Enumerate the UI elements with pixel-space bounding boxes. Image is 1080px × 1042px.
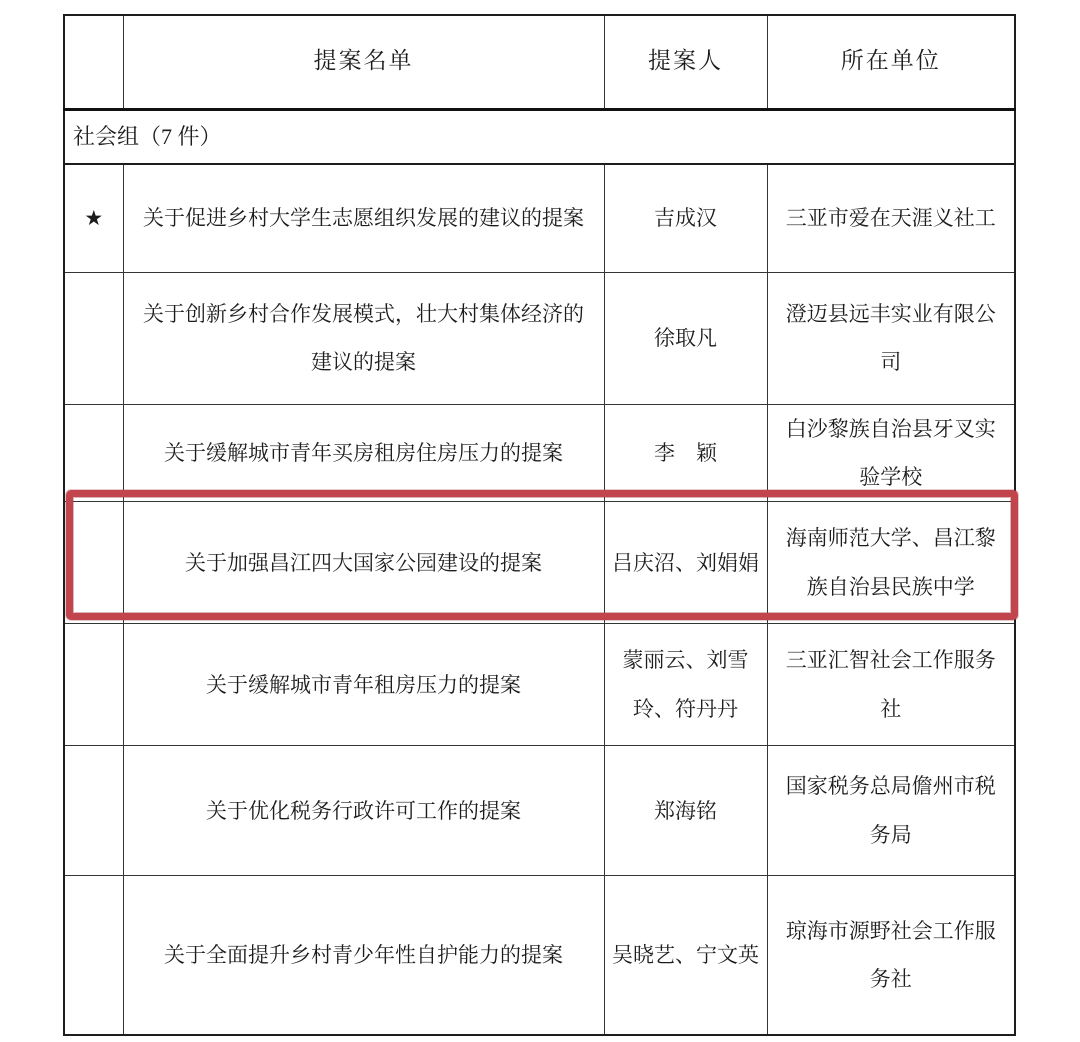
section-label: 社会组（7 件）	[64, 109, 1015, 164]
section-row: 社会组（7 件）	[64, 109, 1015, 164]
proposer-cell: 吴晓艺、宁文英	[604, 876, 767, 1035]
table-row: ★ 关于促进乡村大学生志愿组织发展的建议的提案 吉成汉 三亚市爱在天涯义社工	[64, 164, 1015, 272]
document-page: 提案名单 提案人 所在单位 社会组（7 件） ★ 关于促进乡村大学生志愿组织发展…	[0, 0, 1080, 1042]
proposal-title-cell: 关于促进乡村大学生志愿组织发展的建议的提案	[123, 164, 604, 272]
proposal-title-cell: 关于创新乡村合作发展模式，壮大村集体经济的建议的提案	[123, 272, 604, 404]
table-row: 关于缓解城市青年租房压力的提案 蒙丽云、刘雪玲、符丹丹 三亚汇智社会工作服务社	[64, 624, 1015, 746]
table-row: 关于缓解城市青年买房租房住房压力的提案 李 颖 白沙黎族自治县牙叉实验学校	[64, 404, 1015, 502]
table-header-row: 提案名单 提案人 所在单位	[64, 15, 1015, 109]
table-row: 关于创新乡村合作发展模式，壮大村集体经济的建议的提案 徐取凡 澄迈县远丰实业有限…	[64, 272, 1015, 404]
proposer-cell: 徐取凡	[604, 272, 767, 404]
star-cell	[64, 746, 123, 876]
unit-cell: 三亚汇智社会工作服务社	[767, 624, 1015, 746]
table-row: 关于全面提升乡村青少年性自护能力的提案 吴晓艺、宁文英 琼海市源野社会工作服务社	[64, 876, 1015, 1035]
unit-cell: 海南师范大学、昌江黎族自治县民族中学	[767, 502, 1015, 624]
proposer-column-header: 提案人	[604, 15, 767, 109]
star-cell	[64, 624, 123, 746]
proposal-title-cell: 关于缓解城市青年租房压力的提案	[123, 624, 604, 746]
star-column-header	[64, 15, 123, 109]
proposer-cell: 吕庆沼、刘娟娟	[604, 502, 767, 624]
table-row: 关于优化税务行政许可工作的提案 郑海铭 国家税务总局儋州市税务局	[64, 746, 1015, 876]
proposal-table: 提案名单 提案人 所在单位 社会组（7 件） ★ 关于促进乡村大学生志愿组织发展…	[63, 14, 1016, 1036]
star-cell	[64, 272, 123, 404]
proposer-cell: 吉成汉	[604, 164, 767, 272]
star-cell	[64, 502, 123, 624]
unit-column-header: 所在单位	[767, 15, 1015, 109]
proposer-cell: 蒙丽云、刘雪玲、符丹丹	[604, 624, 767, 746]
unit-cell: 琼海市源野社会工作服务社	[767, 876, 1015, 1035]
proposal-title-cell: 关于优化税务行政许可工作的提案	[123, 746, 604, 876]
unit-cell: 白沙黎族自治县牙叉实验学校	[767, 404, 1015, 502]
proposal-title-cell: 关于加强昌江四大国家公园建设的提案	[123, 502, 604, 624]
proposer-cell: 郑海铭	[604, 746, 767, 876]
proposal-name-column-header: 提案名单	[123, 15, 604, 109]
star-cell	[64, 876, 123, 1035]
table-row-highlighted: 关于加强昌江四大国家公园建设的提案 吕庆沼、刘娟娟 海南师范大学、昌江黎族自治县…	[64, 502, 1015, 624]
unit-cell: 三亚市爱在天涯义社工	[767, 164, 1015, 272]
star-icon: ★	[64, 164, 123, 272]
proposal-title-cell: 关于全面提升乡村青少年性自护能力的提案	[123, 876, 604, 1035]
star-cell	[64, 404, 123, 502]
proposal-title-cell: 关于缓解城市青年买房租房住房压力的提案	[123, 404, 604, 502]
unit-cell: 澄迈县远丰实业有限公司	[767, 272, 1015, 404]
proposer-cell: 李 颖	[604, 404, 767, 502]
unit-cell: 国家税务总局儋州市税务局	[767, 746, 1015, 876]
